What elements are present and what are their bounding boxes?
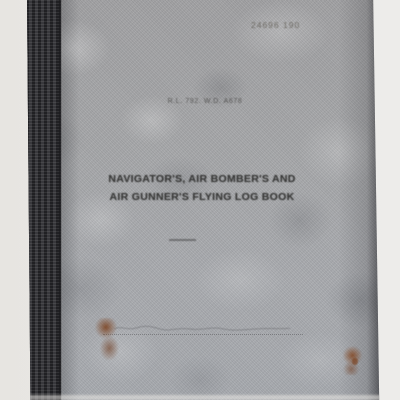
- spine-shadow: [63, 0, 79, 400]
- bottom-edge-highlight: [0, 395, 400, 400]
- title-line-2: AIR GUNNER'S FLYING LOG BOOK: [92, 188, 312, 206]
- log-book: 24696 190 R.L. 792. W.D. A678 NAVIGATOR'…: [0, 0, 400, 400]
- serial-number-stamp: 24696 190: [251, 20, 327, 30]
- book-right-edge-shadow: [338, 0, 382, 400]
- faint-handwriting: [112, 318, 292, 334]
- book-spine: [26, 0, 61, 400]
- form-imprint-line: R.L. 792. W.D. A678: [140, 98, 270, 105]
- divider-dash: [169, 239, 196, 241]
- rust-speck: [352, 358, 358, 365]
- book-title: NAVIGATOR'S, AIR BOMBER'S AND AIR GUNNER…: [92, 170, 312, 206]
- title-line-1: NAVIGATOR'S, AIR BOMBER'S AND: [92, 170, 312, 188]
- photo-backdrop: 24696 190 R.L. 792. W.D. A678 NAVIGATOR'…: [0, 0, 400, 400]
- rust-stain-left: [95, 318, 121, 360]
